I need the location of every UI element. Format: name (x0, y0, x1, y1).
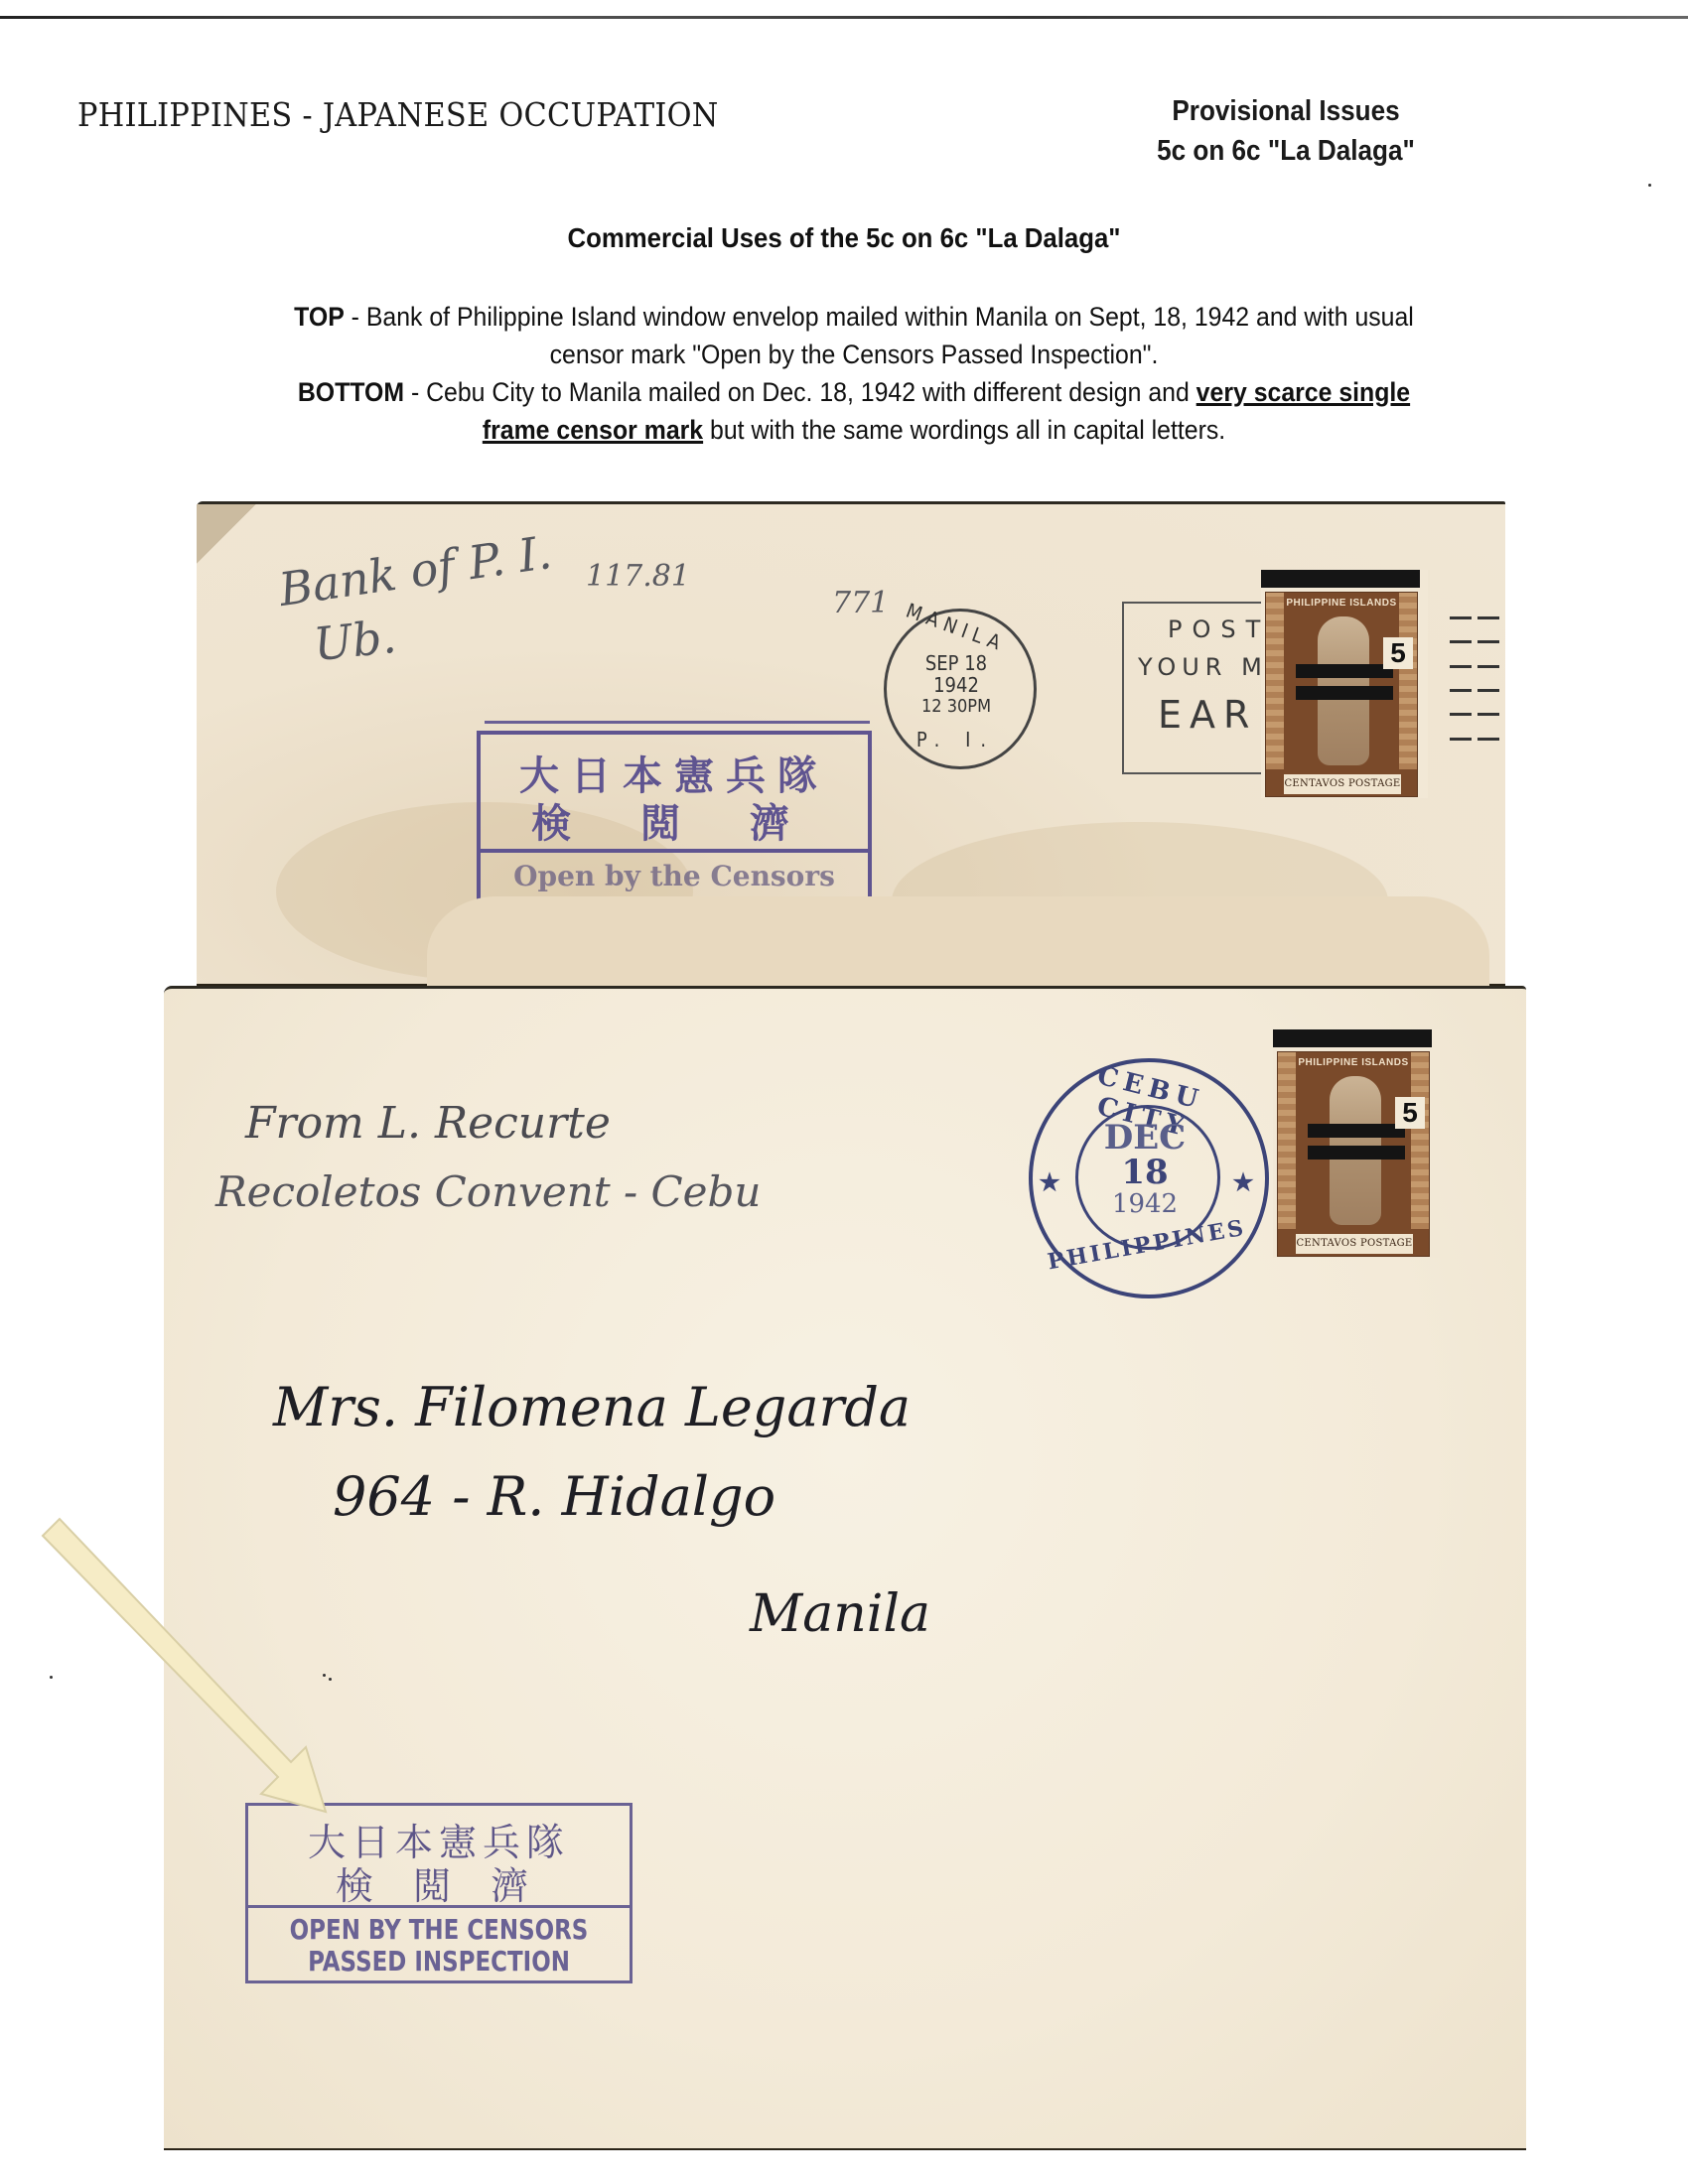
sender-line2: Recoletos Convent - Cebu (215, 1167, 761, 1216)
slogan-line1: POST (1168, 615, 1270, 643)
page-top-rule (0, 16, 1688, 19)
envelope-window (427, 896, 1489, 989)
exhibit-title: PHILIPPINES - JAPANESE OCCUPATION (77, 95, 719, 134)
censor-kanji-line2: 検 閲 濟 (248, 1855, 630, 1910)
stamp-country: PHILIPPINE ISLANDS (1286, 598, 1397, 609)
surcharge-value: 5 (1395, 1097, 1425, 1129)
section-title-line1: Provisional Issues (1094, 91, 1478, 131)
cancel-line (1450, 640, 1505, 643)
speck (1648, 184, 1651, 187)
cebu-postmark-month: DEC (1095, 1118, 1195, 1158)
page-subheading: Commercial Uses of the 5c on 6c "La Dala… (68, 222, 1620, 254)
description-bottom: BOTTOM - Cebu City to Manila mailed on D… (197, 373, 1512, 411)
addressee-street: 964 - R. Hidalgo (333, 1465, 775, 1528)
section-title-line2: 5c on 6c "La Dalaga" (1094, 131, 1478, 171)
section-title: Provisional Issues 5c on 6c "La Dalaga" (1094, 91, 1478, 171)
stamp-footer: CENTAVOS POSTAGE (1296, 1234, 1413, 1254)
censor-kanji-line2: 検 閲 濟 (481, 792, 868, 849)
arrow-down-right-icon (38, 1514, 346, 1822)
la-dalaga-stamp: PHILIPPINE ISLANDS 5 CENTAVOS POSTAGE (1261, 570, 1428, 798)
cancel-line (1450, 689, 1505, 692)
handwriting-bank: Bank of P. I. (276, 525, 555, 616)
star-icon: ★ (1231, 1167, 1255, 1196)
cancel-line (1450, 616, 1505, 619)
description: TOP - Bank of Philippine Island window e… (197, 298, 1512, 449)
stamp-border (1411, 1052, 1429, 1229)
la-dalaga-stamp: PHILIPPINE ISLANDS 5 CENTAVOS POSTAGE (1273, 1029, 1440, 1258)
handwriting-code: 771 (832, 586, 889, 620)
cancel-line (1450, 713, 1505, 716)
top-text-1: - Bank of Philippine Island window envel… (345, 302, 1414, 332)
star-icon: ★ (1038, 1167, 1061, 1196)
top-cover-envelope: Bank of P. I. Ub. 117.81 771 MANILA SEP … (197, 501, 1505, 986)
corner-fold (197, 504, 256, 564)
censor-outer-frame (485, 721, 870, 724)
description-bottom-2: frame censor mark but with the same word… (197, 411, 1512, 449)
surcharge-bar (1296, 686, 1393, 700)
stamp-border (1278, 1052, 1296, 1229)
stamp-frame: PHILIPPINE ISLANDS 5 CENTAVOS POSTAGE (1277, 1051, 1430, 1257)
addressee-name: Mrs. Filomena Legarda (273, 1376, 911, 1438)
bottom-text-1: - Cebu City to Manila mailed on Dec. 18,… (404, 377, 1196, 407)
bottom-text-2: but with the same wordings all in capita… (703, 415, 1225, 445)
speck (50, 1676, 53, 1679)
stamp-country: PHILIPPINE ISLANDS (1298, 1057, 1409, 1068)
censor-english-line1: OPEN BY THE CENSORS (283, 1913, 596, 1946)
bottom-emphasis-1: very scarce single (1196, 377, 1410, 407)
censor-divider (248, 1905, 630, 1908)
sender-line1: From L. Recurte (245, 1098, 611, 1149)
censor-english-line1: Open by the Censors (481, 860, 868, 892)
cancel-line (1450, 738, 1505, 741)
manila-postmark-time: 12 30PM (892, 696, 1021, 717)
handwriting-line2: Ub. (311, 610, 398, 671)
censor-english-line2: PASSED INSPECTION (283, 1945, 596, 1978)
censor-mark-single-frame: 大日本憲兵隊 検 閲 濟 OPEN BY THE CENSORS PASSED … (245, 1803, 633, 1983)
manila-postmark-year: 1942 (892, 673, 1021, 697)
stamp-border (1399, 593, 1417, 769)
bottom-cover-envelope: From L. Recurte Recoletos Convent - Cebu… (164, 986, 1526, 2150)
cebu-postmark-year: 1942 (1095, 1189, 1195, 1219)
cebu-postmark-day: 18 (1095, 1153, 1195, 1192)
manila-postmark-region: P. I. (892, 728, 1021, 751)
surcharge-bar-top (1273, 1029, 1432, 1047)
surcharge-bar (1308, 1124, 1405, 1138)
stamp-border (1266, 593, 1284, 769)
description-top: TOP - Bank of Philippine Island window e… (197, 298, 1512, 336)
surcharge-bar (1308, 1146, 1405, 1160)
surcharge-value: 5 (1383, 637, 1413, 669)
manila-postmark-date: SEP 18 (892, 651, 1021, 675)
bottom-label: BOTTOM (298, 377, 404, 407)
stamp-frame: PHILIPPINE ISLANDS 5 CENTAVOS POSTAGE (1265, 592, 1418, 797)
cancel-line (1450, 665, 1505, 668)
surcharge-bar (1296, 664, 1393, 678)
top-label: TOP (294, 302, 345, 332)
description-top-2: censor mark "Open by the Censors Passed … (197, 336, 1512, 373)
stamp-footer: CENTAVOS POSTAGE (1284, 774, 1401, 794)
censor-divider (481, 849, 868, 853)
handwriting-note: 117.81 (586, 559, 690, 594)
bottom-emphasis-2: frame censor mark (483, 415, 703, 445)
addressee-city: Manila (750, 1584, 930, 1644)
surcharge-bar-top (1261, 570, 1420, 588)
